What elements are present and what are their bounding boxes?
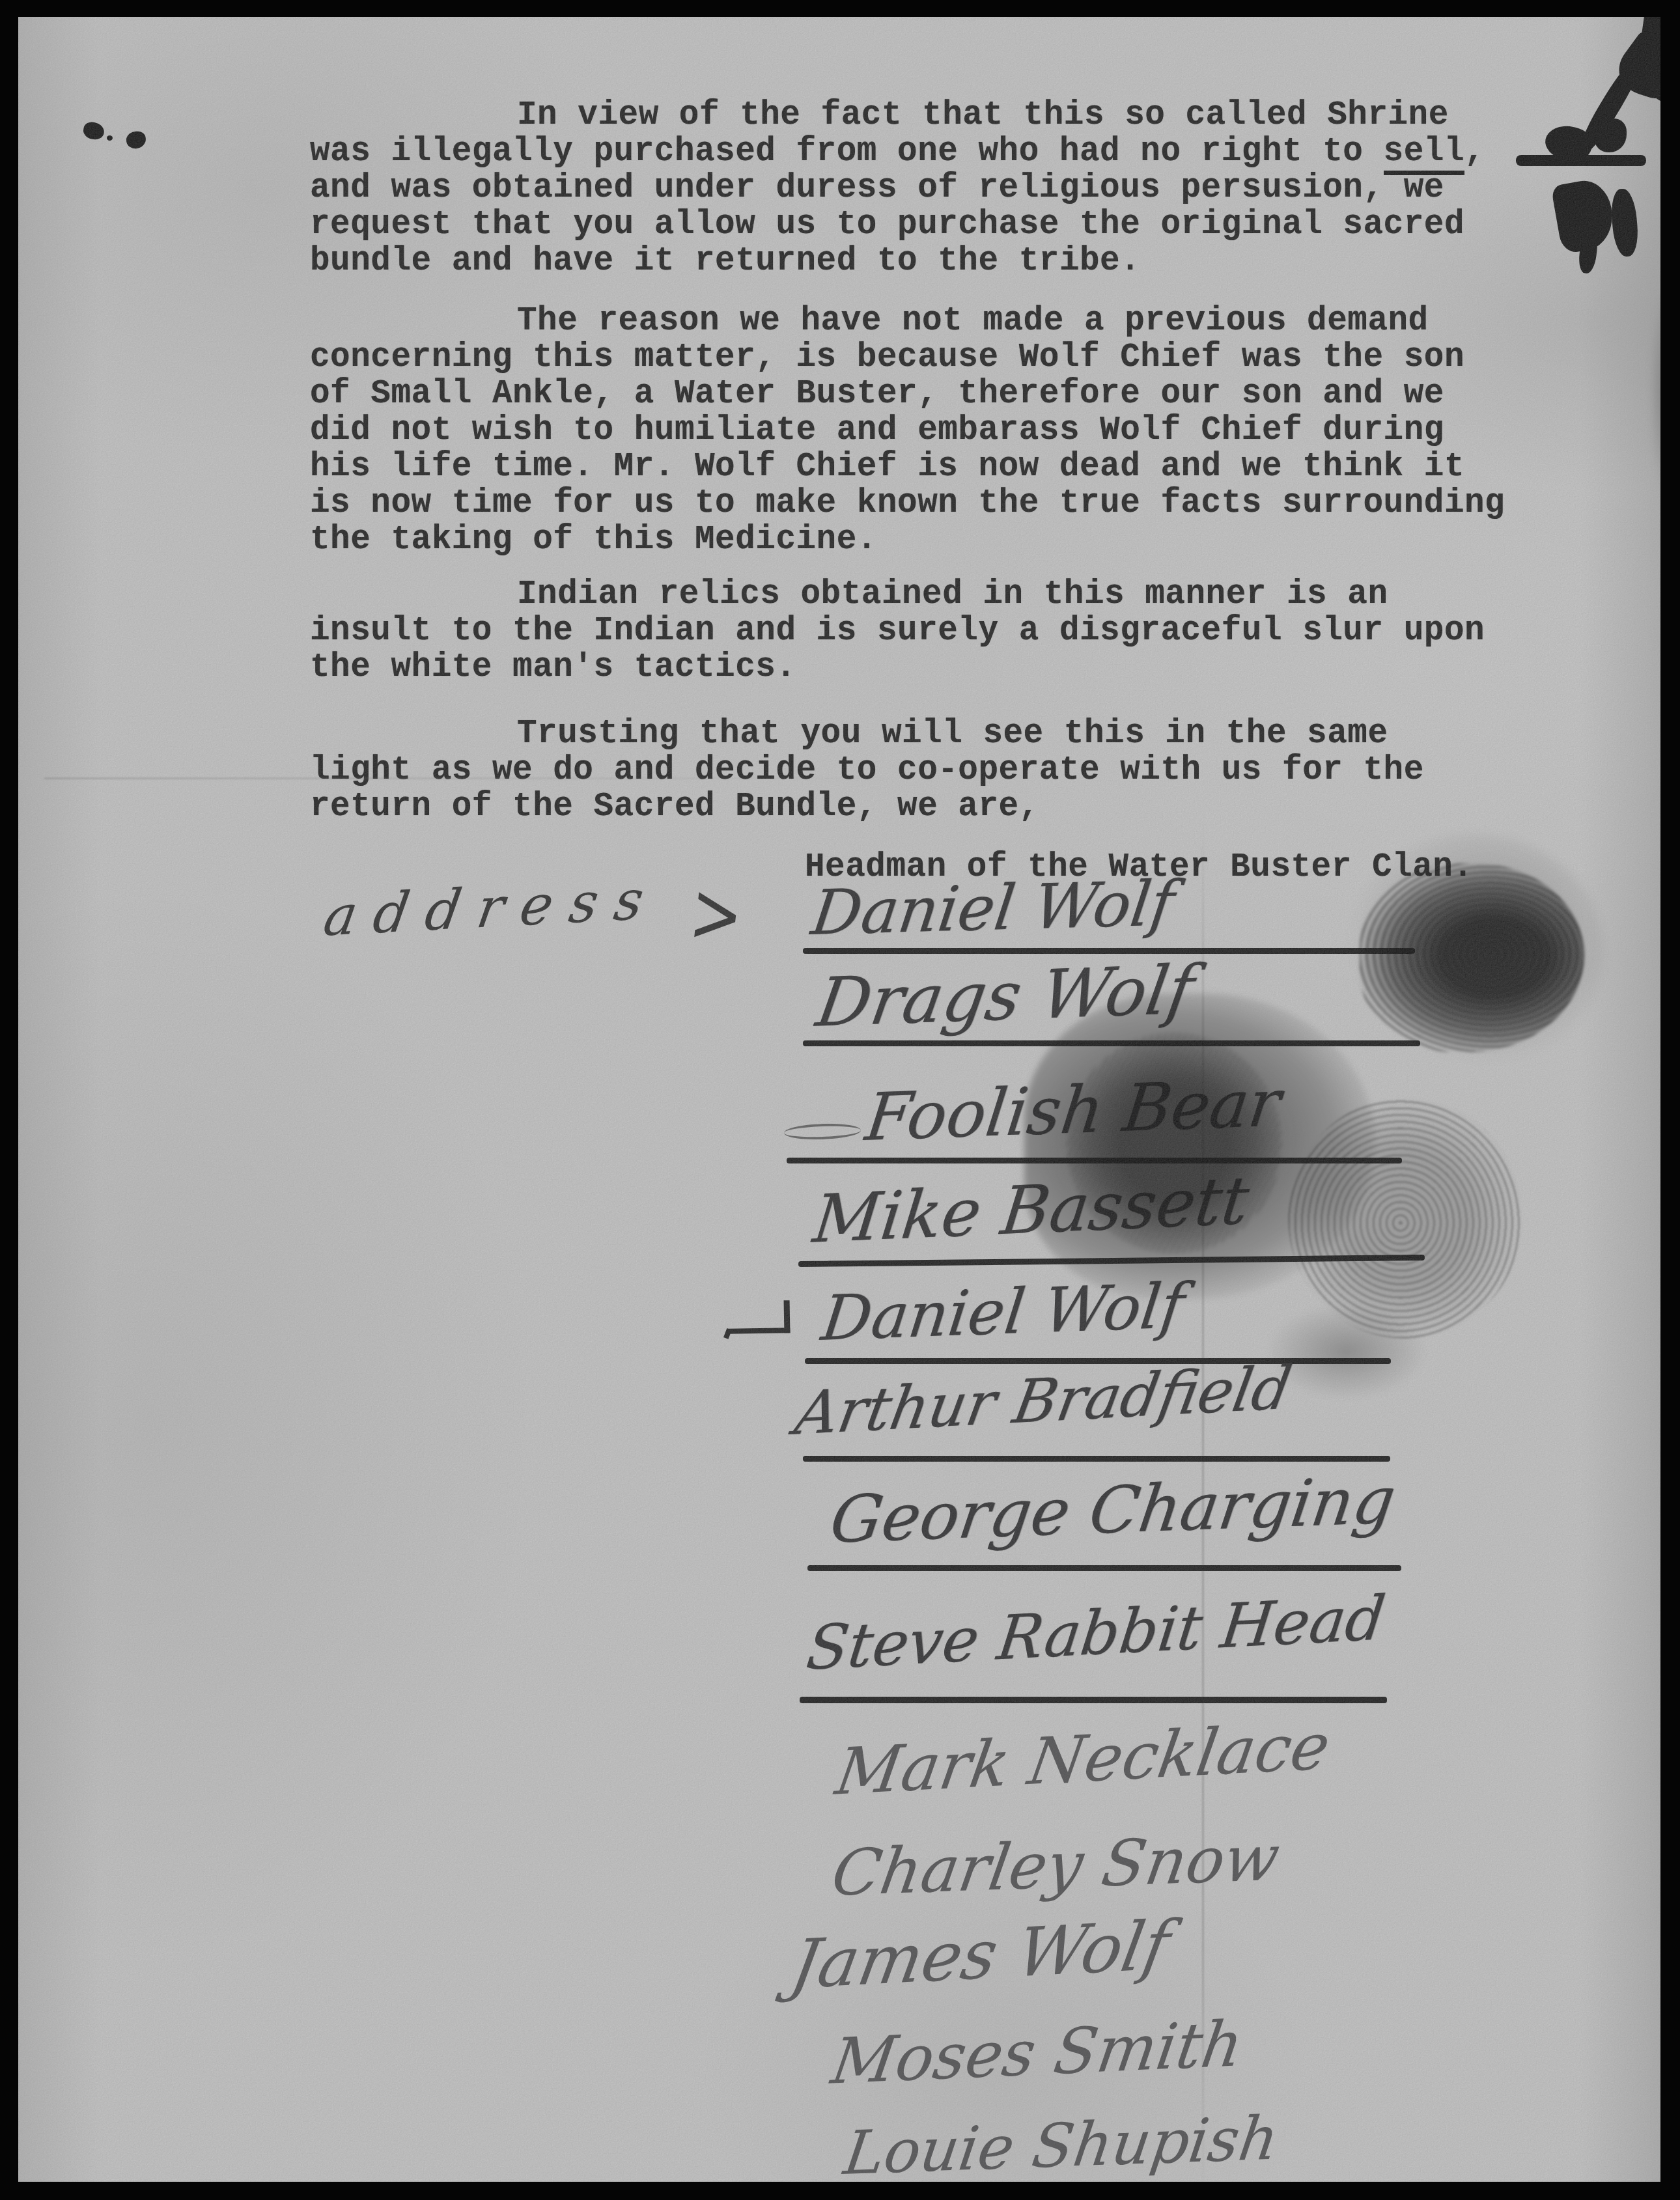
typed-paragraph-1: In view of the fact that this so called …: [310, 98, 1521, 280]
ink-dot: [125, 130, 147, 150]
ink-smear: [1649, 290, 1660, 492]
typed-line: request that you allow us to purchase th…: [310, 207, 1521, 244]
signature-name: Mike Bassett: [809, 1162, 1253, 1258]
signature-name: Arthur Bradfield: [790, 1354, 1296, 1449]
signature-name: Daniel Wolf: [818, 1270, 1188, 1355]
signature-name: Steve Rabbit Head: [803, 1583, 1389, 1684]
paper-crease: [44, 777, 943, 779]
typed-line: bundle and have it returned to the tribe…: [310, 244, 1521, 280]
underlined-word: sell: [1384, 133, 1464, 175]
signature-underline: [805, 1358, 1391, 1364]
ink-blot-part: [1516, 155, 1646, 166]
signature-name: Moses Smith: [827, 2007, 1248, 2098]
paper: In view of the fact that this so called …: [18, 17, 1660, 2182]
typed-line: Trusting that you will see this in the s…: [310, 716, 1521, 753]
address-annotation: address>: [324, 878, 742, 945]
signature-name: Mark Necklace: [831, 1709, 1335, 1810]
typed-line: The reason we have not made a previous d…: [310, 303, 1521, 340]
signature-name: Louie Shupish: [840, 2103, 1283, 2182]
typed-line: and was obtained under duress of religio…: [310, 171, 1521, 207]
signature-underline: [807, 1565, 1401, 1571]
typed-text: was illegally purchased from one who had…: [310, 133, 1384, 171]
typed-paragraph-2: The reason we have not made a previous d…: [310, 303, 1521, 559]
signature-underline: [803, 1456, 1390, 1462]
signature-underline: [787, 1158, 1402, 1163]
signature-name: Charley Snow: [827, 1820, 1285, 1910]
typed-line: Indian relics obtained in this manner is…: [310, 577, 1521, 613]
ink-blot-part: [1581, 255, 1589, 268]
typed-line: return of the Sacred Bundle, we are,: [310, 789, 1521, 826]
typed-line: In view of the fact that this so called …: [310, 98, 1521, 134]
arrow-mark: >: [686, 869, 747, 958]
typed-line: light as we do and decide to co-operate …: [310, 753, 1521, 789]
signature-underline: [800, 1697, 1387, 1703]
address-annotation-text: address: [320, 869, 665, 947]
typed-paragraph-4: Trusting that you will see this in the s…: [310, 716, 1521, 826]
typed-line: his life time. Mr. Wolf Chief is now dea…: [310, 449, 1521, 486]
signature-name: James Wolf: [785, 1906, 1175, 2005]
fingerprint-smudge: [1288, 1098, 1522, 1339]
ink-dot: [107, 135, 113, 141]
signature-name: George Charging: [826, 1463, 1400, 1558]
typed-text: ,: [1464, 133, 1485, 171]
signature-name: Daniel Wolf: [807, 868, 1178, 949]
typed-line: the taking of this Medicine.: [310, 522, 1521, 559]
typed-line: did not wish to humiliate and embarass W…: [310, 413, 1521, 449]
ink-dot: [82, 120, 106, 141]
ink-blot-part: [1610, 188, 1640, 258]
typed-line: is now time for us to make known the tru…: [310, 486, 1521, 522]
scanned-document: In view of the fact that this so called …: [0, 0, 1680, 2200]
stray-pen-mark: [728, 1300, 791, 1334]
typed-line: insult to the Indian and is surely a dis…: [310, 613, 1521, 650]
signature-underline: [798, 1255, 1425, 1267]
ink-blot-part: [1594, 118, 1627, 152]
signature-name: Foolish Bear: [861, 1065, 1285, 1156]
pencil-scribble: [784, 1122, 861, 1141]
typed-line: the white man's tactics.: [310, 650, 1521, 686]
signature-name: Drags Wolf: [811, 951, 1199, 1042]
typed-line: concerning this matter, is because Wolf …: [310, 340, 1521, 376]
signature-underline: [803, 1040, 1420, 1046]
typed-line: of Small Ankle, a Water Buster, therefor…: [310, 376, 1521, 413]
typed-line: was illegally purchased from one who had…: [310, 134, 1521, 171]
typed-paragraph-3: Indian relics obtained in this manner is…: [310, 577, 1521, 686]
fingerprint-smudge: [1360, 863, 1584, 1052]
signature-underline: [803, 948, 1415, 954]
